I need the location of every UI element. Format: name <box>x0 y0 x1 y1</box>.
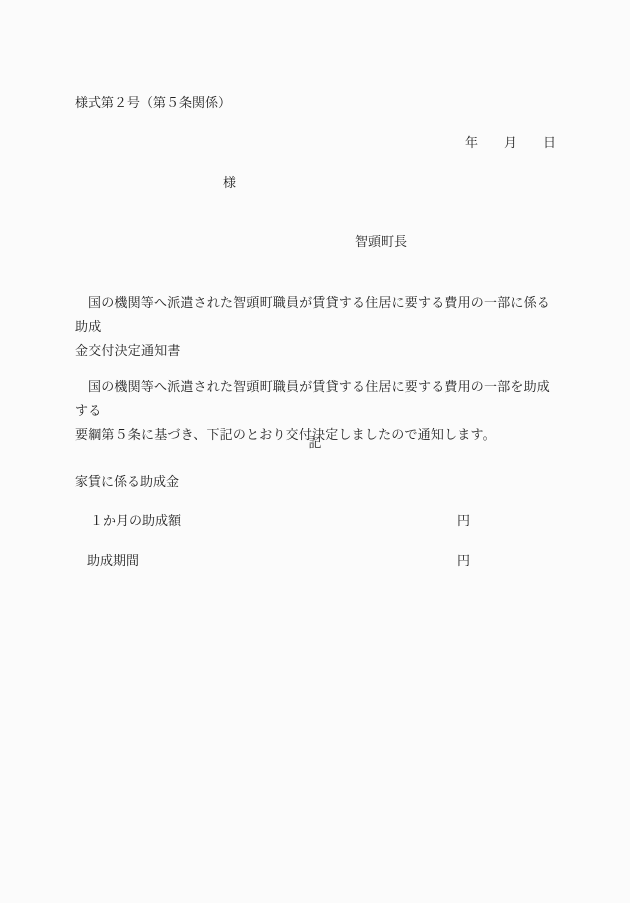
record-marker: 記 <box>75 437 555 450</box>
document-title: 国の機関等へ派遣された智頭町職員が賃貸する住居に要する費用の一部に係る助成 金交… <box>75 292 559 364</box>
sender-title: 智頭町長 <box>355 236 407 249</box>
section-heading: 家賃に係る助成金 <box>75 476 179 489</box>
recipient-honorific: 様 <box>223 177 236 190</box>
form-number: 様式第２号（第５条関係） <box>75 97 231 110</box>
subsidy-item-row-monthly-amount: １か月の助成額 円 <box>0 515 630 533</box>
document-page: 様式第２号（第５条関係） 年 月 日 様 智頭町長 国の機関等へ派遣された智頭町… <box>0 0 630 903</box>
item-unit-monthly-amount: 円 <box>457 515 470 528</box>
date-line: 年 月 日 <box>465 137 556 150</box>
item-label-monthly-amount: １か月の助成額 <box>90 515 181 528</box>
item-unit-period: 円 <box>457 555 470 568</box>
item-label-period: 助成期間 <box>87 555 139 568</box>
subsidy-item-row-period: 助成期間 円 <box>0 555 630 573</box>
